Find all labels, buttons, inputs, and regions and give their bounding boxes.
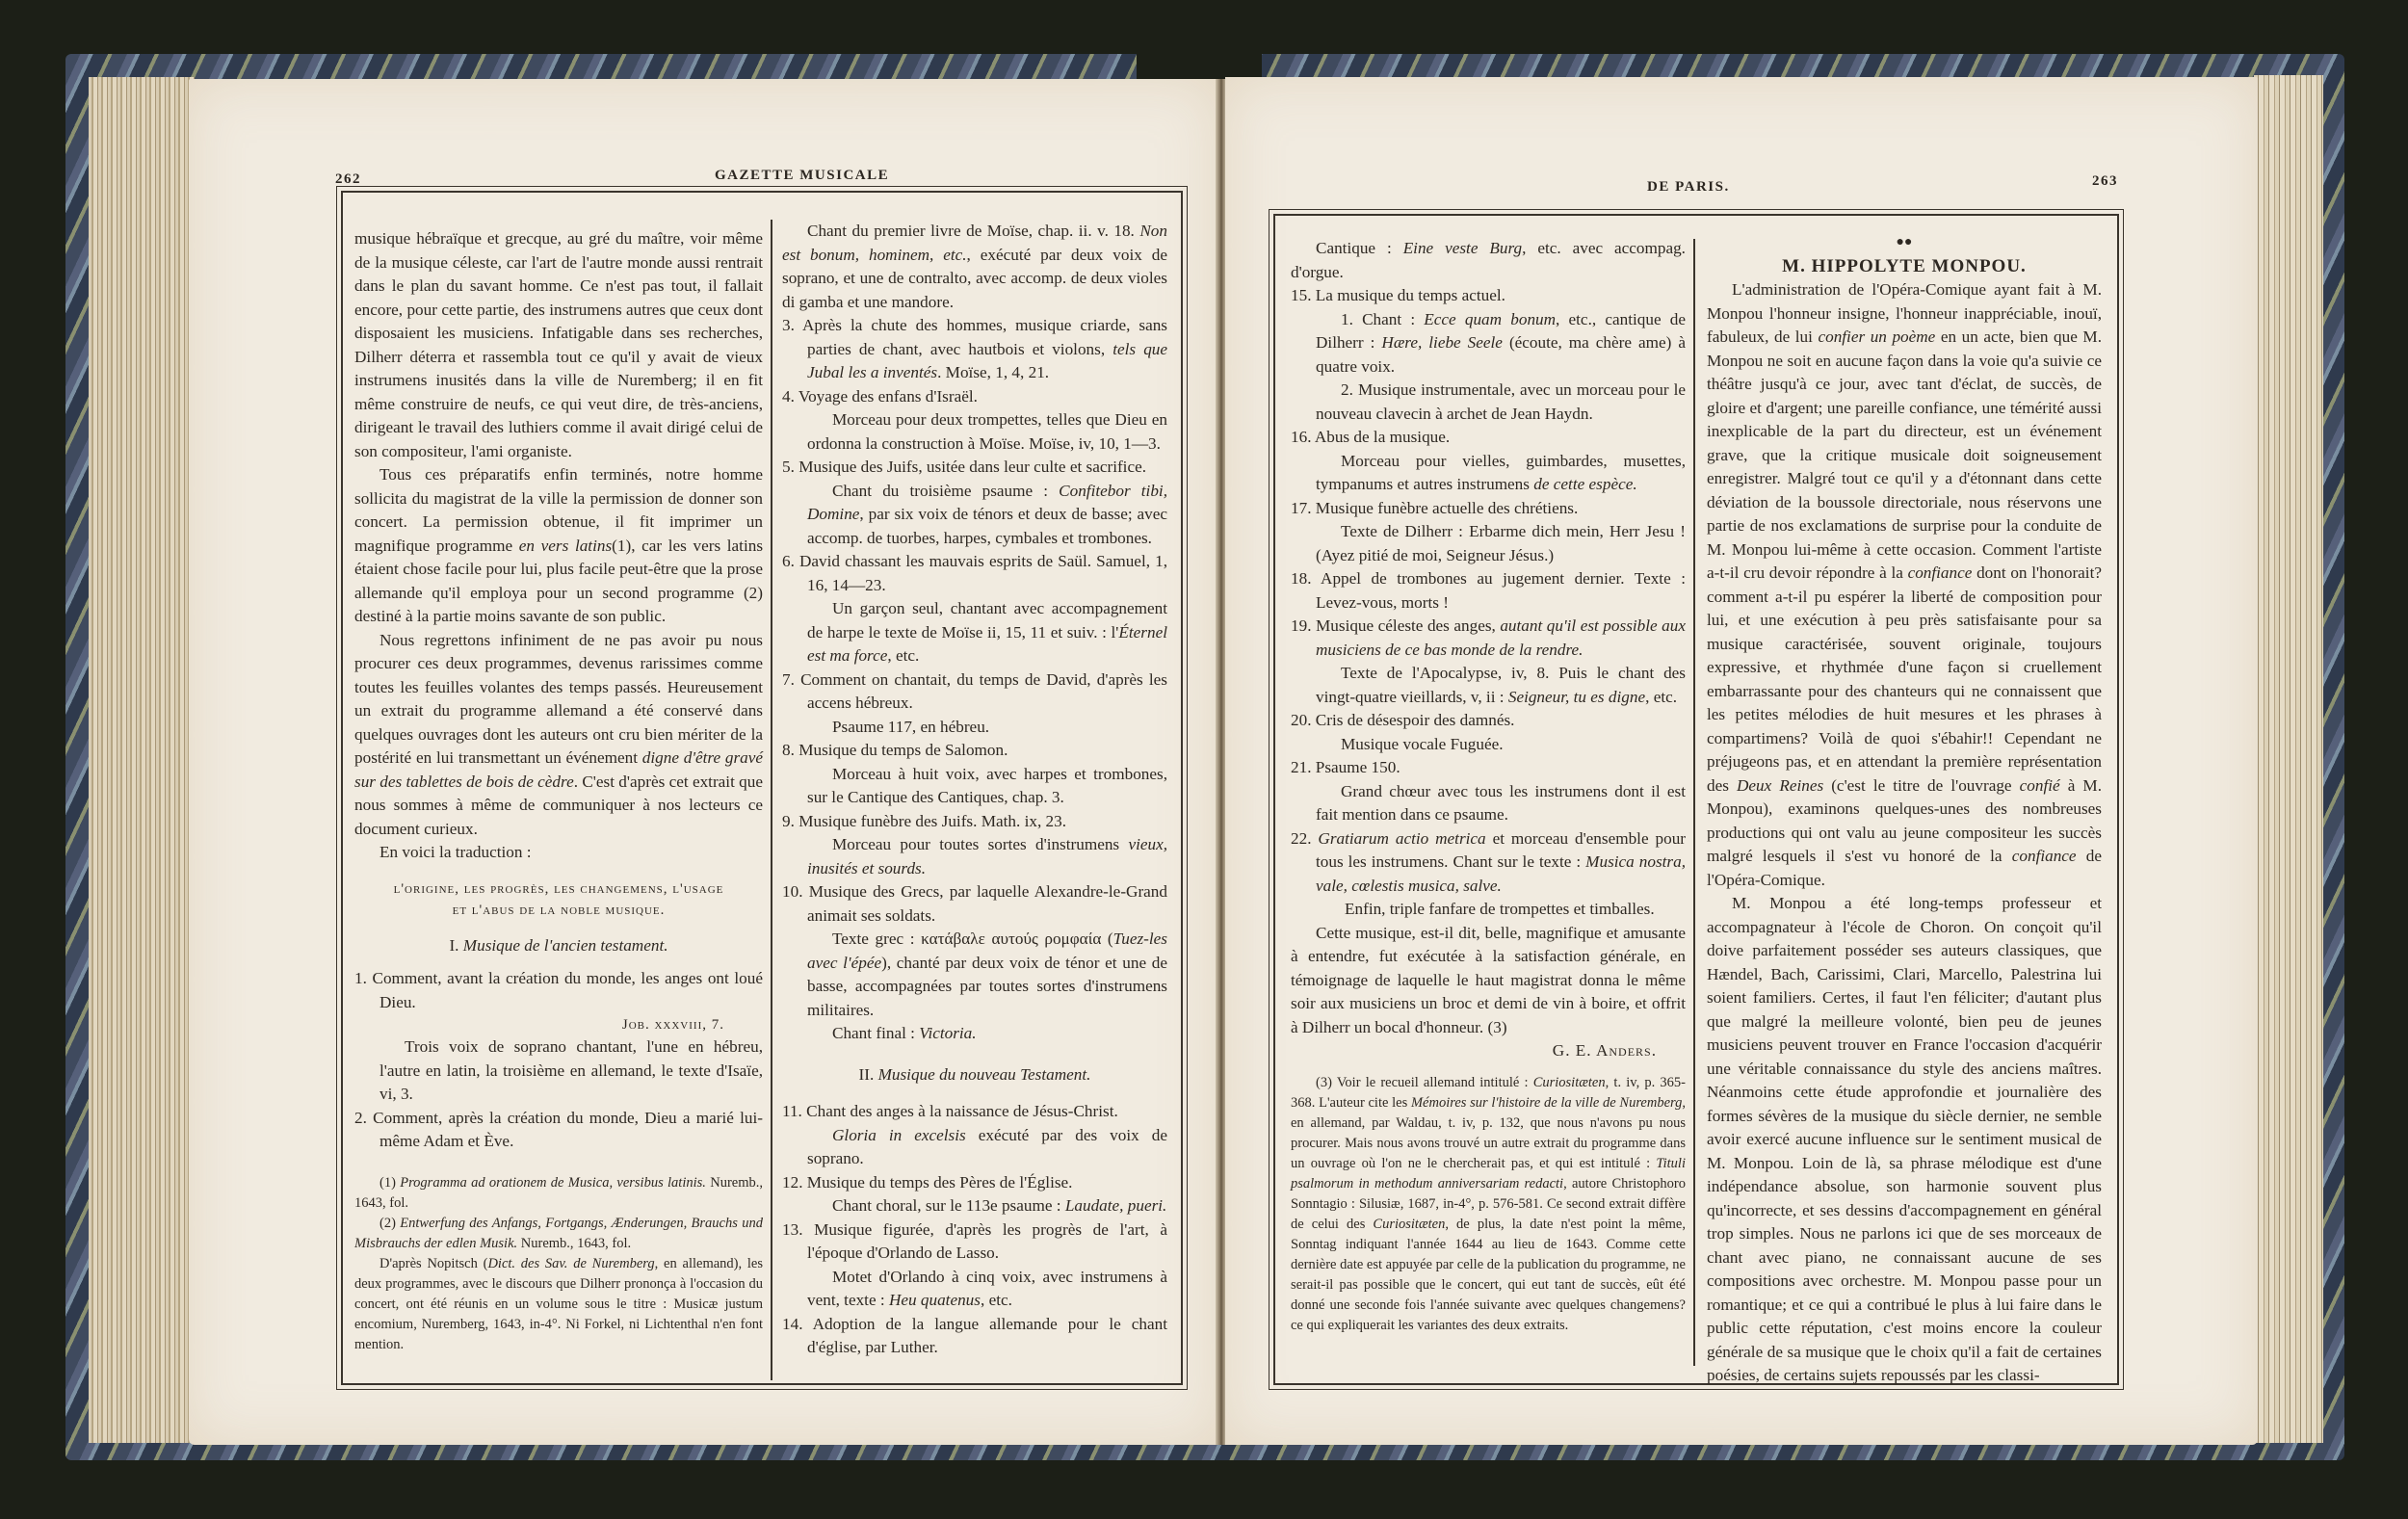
program-item: 2. Comment, après la création du monde, … [354,1107,763,1154]
program-item-desc: Un garçon seul, chantant avec accompagne… [782,597,1167,668]
left-running-head: GAZETTE MUSICALE [715,168,889,184]
left-page-column-2: Chant du premier livre de Moïse, chap. i… [782,220,1167,1360]
footnote: (3) Voir le recueil allemand intitulé : … [1291,1073,1686,1336]
program-item-desc: Chant final : Victoria. [782,1022,1167,1046]
left-page-number: 262 [335,171,361,188]
scripture-reference: Job. xxxviii, 7. [354,1014,763,1035]
author-signature: G. E. Anders. [1291,1039,1686,1063]
program-item-desc: Texte grec : κατάβαλε αυτούς ρομφαία (Tu… [782,928,1167,1022]
page-edges-left [89,77,195,1443]
program-item-desc: Morceau pour deux trompettes, telles que… [782,408,1167,456]
program-item: 19. Musique céleste des anges, autant qu… [1291,615,1686,662]
program-item-desc: 2. Musique instrumentale, avec un morcea… [1291,379,1686,426]
program-item-desc: Texte de l'Apocalypse, iv, 8. Puis le ch… [1291,662,1686,709]
footnote: D'après Nopitsch (Dict. des Sav. de Nure… [354,1254,763,1355]
program-item: 14. Adoption de la langue allemande pour… [782,1313,1167,1360]
program-item: 8. Musique du temps de Salomon. [782,739,1167,763]
program-item-desc: Grand chœur avec tous les instrumens don… [1291,780,1686,827]
program-title-line-2: et l'abus de la noble musique. [354,900,763,921]
program-item: 22. Gratiarum actio metrica et morceau d… [1291,827,1686,899]
program-item: 6. David chassant les mauvais esprits de… [782,550,1167,597]
program-item-desc: Psaume 117, en hébreu. [782,716,1167,740]
paragraph: M. Monpou a été long-temps professeur et… [1707,892,2102,1388]
article-title: M. HIPPOLYTE MONPOU. [1707,255,2102,279]
paragraph: musique hébraïque et grecque, au gré du … [354,227,763,463]
paragraph: Tous ces préparatifs enfin terminés, not… [354,463,763,629]
program-item-desc: 1. Chant : Ecce quam bonum, etc., cantiq… [1291,308,1686,380]
program-item-desc: Gloria in excelsis exécuté par des voix … [782,1124,1167,1171]
program-item: 4. Voyage des enfans d'Israël. [782,385,1167,409]
program-item: 1. Comment, avant la création du monde, … [354,967,763,1014]
program-item: 3. Après la chute des hommes, musique cr… [782,314,1167,385]
right-page-column-1: Cantique : Eine veste Burg, etc. avec ac… [1291,237,1686,1336]
paragraph: L'administration de l'Opéra-Comique ayan… [1707,278,2102,892]
right-running-head: DE PARIS. [1647,179,1730,196]
paragraph: Cette musique, est-il dit, belle, magnif… [1291,922,1686,1040]
program-item-desc: Texte de Dilherr : Erbarme dich mein, He… [1291,520,1686,567]
program-item-desc: Trois voix de soprano chantant, l'une en… [354,1035,763,1107]
program-item-desc: Chant choral, sur le 113e psaume : Lauda… [782,1194,1167,1218]
footnote: (2) Entwerfung des Anfangs, Fortgangs, Æ… [354,1214,763,1254]
program-item: 17. Musique funèbre actuelle des chrétie… [1291,497,1686,521]
left-column-rule [771,220,772,1380]
section-heading: II. Musique du nouveau Testament. [782,1063,1167,1087]
program-item: 16. Abus de la musique. [1291,426,1686,450]
right-page-column-2: ●● M. HIPPOLYTE MONPOU. L'administration… [1707,231,2102,1388]
footnote: (1) Programma ad orationem de Musica, ve… [354,1173,763,1214]
paragraph: En voici la traduction : [354,841,763,865]
program-item-desc: Morceau à huit voix, avec harpes et trom… [782,763,1167,810]
program-item: 11. Chant des anges à la naissance de Jé… [782,1100,1167,1124]
ornament-icon: ●● [1707,231,2102,255]
page-edges-right [2254,75,2323,1443]
paragraph: Nous regrettons infiniment de ne pas avo… [354,629,763,842]
program-item: 9. Musique funèbre des Juifs. Math. ix, … [782,810,1167,834]
program-item: 7. Comment on chantait, du temps de Davi… [782,668,1167,716]
paragraph: Enfin, triple fanfare de trompettes et t… [1291,898,1686,922]
program-item-desc: Morceau pour toutes sortes d'instrumens … [782,833,1167,880]
left-page-column-1: musique hébraïque et grecque, au gré du … [354,227,763,1355]
right-page-number: 263 [2092,173,2118,190]
program-item: 21. Psaume 150. [1291,756,1686,780]
program-item-desc: Motet d'Orlando à cinq voix, avec instru… [782,1266,1167,1313]
program-title-line-1: l'origine, les progrès, les changemens, … [354,878,763,900]
program-item: 10. Musique des Grecs, par laquelle Alex… [782,880,1167,928]
program-item: 18. Appel de trombones au jugement derni… [1291,567,1686,615]
program-item: 20. Cris de désespoir des damnés. [1291,709,1686,733]
right-column-rule [1693,239,1695,1366]
paragraph: Chant du premier livre de Moïse, chap. i… [782,220,1167,314]
paragraph: Cantique : Eine veste Burg, etc. avec ac… [1291,237,1686,284]
program-item-desc: Chant du troisième psaume : Confitebor t… [782,480,1167,551]
program-item: 12. Musique du temps des Pères de l'Égli… [782,1171,1167,1195]
program-item-desc: Musique vocale Fuguée. [1291,733,1686,757]
program-item: 5. Musique des Juifs, usitée dans leur c… [782,456,1167,480]
program-item: 15. La musique du temps actuel. [1291,284,1686,308]
program-item-desc: Morceau pour vielles, guimbardes, musett… [1291,450,1686,497]
section-heading: I. Musique de l'ancien testament. [354,934,763,958]
program-item: 13. Musique figurée, d'après les progrès… [782,1218,1167,1266]
